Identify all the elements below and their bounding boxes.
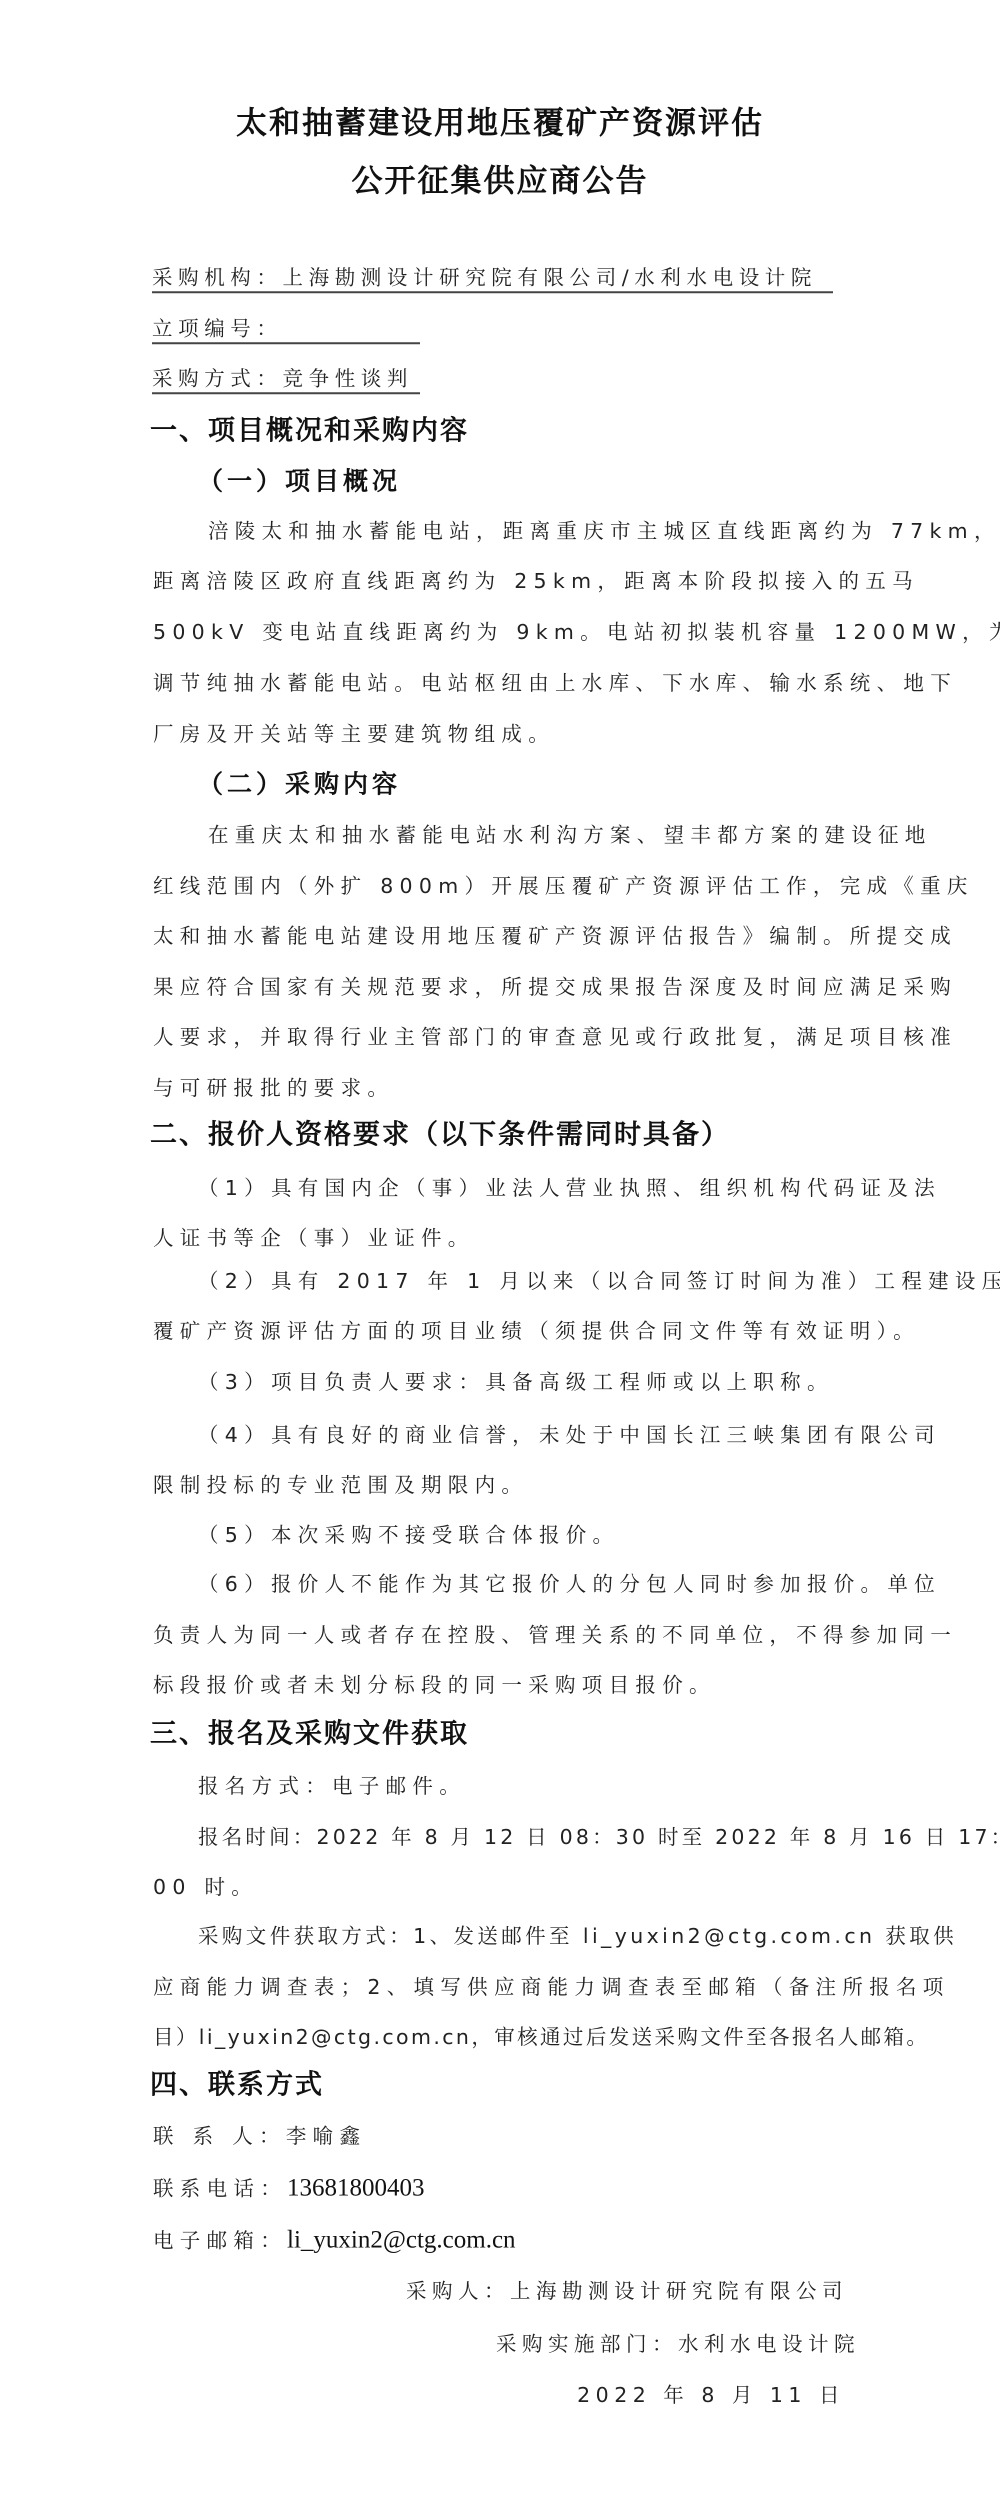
- scope-line: 红线范围内（外扩 800m）开展压覆矿产资源评估工作，完成《重庆: [153, 876, 974, 897]
- requirement-5-line: （5）本次采购不接受联合体报价。: [198, 1525, 619, 1546]
- docs-acquisition-line: 采购文件获取方式：1、发送邮件至 li_yuxin2@ctg.com.cn 获取…: [198, 1926, 957, 1947]
- contact-person: 联 系 人：李喻鑫: [153, 2126, 366, 2147]
- contact-person-label: 联 系 人：: [153, 2124, 286, 2148]
- requirement-2-line: 覆矿产资源评估方面的项目业绩（须提供合同文件等有效证明）。: [153, 1321, 920, 1342]
- scope-line: 太和抽水蓄能电站建设用地压覆矿产资源评估报告》编制。所提交成: [153, 926, 957, 947]
- docs-acquisition-line: 应商能力调查表；2、填写供应商能力调查表至邮箱（备注所报名项: [153, 1977, 950, 1998]
- requirement-6-line: 标段报价或者未划分标段的同一采购项目报价。: [153, 1675, 716, 1696]
- requirement-6-line: （6）报价人不能作为其它报价人的分包人同时参加报价。单位: [198, 1574, 941, 1595]
- section-2-heading: 二、报价人资格要求（以下条件需同时具备）: [150, 1122, 730, 1149]
- overview-line: 500kV 变电站直线距离约为 9km。电站初拟装机容量 1200MW，为日: [153, 622, 1000, 643]
- requirement-3-line: （3）项目负责人要求：具备高级工程师或以上职称。: [198, 1372, 834, 1393]
- contact-person-name: 李喻鑫: [286, 2124, 366, 2148]
- contact-email-address[interactable]: li_yuxin2@ctg.com.cn: [287, 2227, 516, 2254]
- section-3-heading: 三、报名及采购文件获取: [150, 1721, 469, 1748]
- announcement-date: 2022 年 8 月 11 日: [577, 2385, 845, 2406]
- requirement-2-line: （2）具有 2017 年 1 月以来（以合同签订时间为准）工程建设压: [198, 1271, 1000, 1292]
- requirement-1-line: （1）具有国内企（事）业法人营业执照、组织机构代码证及法: [198, 1178, 941, 1199]
- document-title-line-2: 公开征集供应商公告: [0, 167, 1000, 198]
- signup-time-line: 报名时间：2022 年 8 月 12 日 08：30 时至 2022 年 8 月…: [198, 1827, 1000, 1848]
- contact-email-label: 电子邮箱：: [153, 2229, 287, 2253]
- subsection-1-heading: （一）项目概况: [198, 469, 401, 494]
- contact-phone-number: 13681800403: [287, 2175, 425, 2202]
- subsection-2-heading: （二）采购内容: [198, 772, 401, 797]
- section-4-heading: 四、联系方式: [150, 2072, 324, 2099]
- document-title-line-1: 太和抽蓄建设用地压覆矿产资源评估: [0, 109, 1000, 140]
- contact-phone-label: 联系电话：: [153, 2177, 287, 2201]
- overview-line: 涪陵太和抽水蓄能电站，距离重庆市主城区直线距离约为 77km，: [208, 521, 1000, 542]
- scope-line: 在重庆太和抽水蓄能电站水利沟方案、望丰都方案的建设征地: [208, 825, 932, 846]
- signup-method: 报名方式：电子邮件。: [198, 1776, 466, 1797]
- procurement-method-text: 采购方式：竞争性谈判: [152, 368, 420, 394]
- section-1-heading: 一、项目概况和采购内容: [150, 418, 469, 445]
- project-number-label: 立项编号：: [152, 316, 283, 340]
- scope-line: 果应符合国家有关规范要求，所提交成果报告深度及时间应满足采购: [153, 977, 957, 998]
- project-number: 立项编号：: [152, 318, 420, 344]
- requirement-4-line: 限制投标的专业范围及期限内。: [153, 1475, 528, 1496]
- overview-line: 距离涪陵区政府直线距离约为 25km，距离本阶段拟接入的五马: [153, 571, 919, 592]
- procurement-agency: 采购机构：上海勘测设计研究院有限公司/水利水电设计院: [152, 267, 833, 293]
- signup-time-line: 00 时。: [153, 1877, 258, 1898]
- overview-line: 调节纯抽水蓄能电站。电站枢纽由上水库、下水库、输水系统、地下: [153, 673, 957, 694]
- procurement-method: 采购方式：竞争性谈判: [152, 368, 420, 394]
- procurement-agency-text: 采购机构：上海勘测设计研究院有限公司/水利水电设计院: [152, 267, 833, 293]
- scope-line: 人要求，并取得行业主管部门的审查意见或行政批复，满足项目核准: [153, 1027, 957, 1048]
- contact-email: 电子邮箱：li_yuxin2@ctg.com.cn: [153, 2228, 516, 2253]
- overview-line: 厂房及开关站等主要建筑物组成。: [153, 724, 555, 745]
- contact-phone: 联系电话：13681800403: [153, 2176, 425, 2201]
- docs-acquisition-line: 目）li_yuxin2@ctg.com.cn，审核通过后发送采购文件至各报名人邮…: [153, 2027, 929, 2048]
- scope-line: 与可研报批的要求。: [153, 1078, 394, 1099]
- announcement-page: 太和抽蓄建设用地压覆矿产资源评估 公开征集供应商公告 采购机构：上海勘测设计研究…: [0, 0, 1000, 2505]
- requirement-4-line: （4）具有良好的商业信誉，未处于中国长江三峡集团有限公司: [198, 1425, 941, 1446]
- purchaser-signature: 采购人：上海勘测设计研究院有限公司: [406, 2281, 848, 2302]
- project-number-field: 立项编号：: [152, 318, 420, 344]
- requirement-1-line: 人证书等企（事）业证件。: [153, 1228, 475, 1249]
- requirement-6-line: 负责人为同一人或者存在控股、管理关系的不同单位，不得参加同一: [153, 1625, 957, 1646]
- implementing-department: 采购实施部门：水利水电设计院: [496, 2334, 860, 2355]
